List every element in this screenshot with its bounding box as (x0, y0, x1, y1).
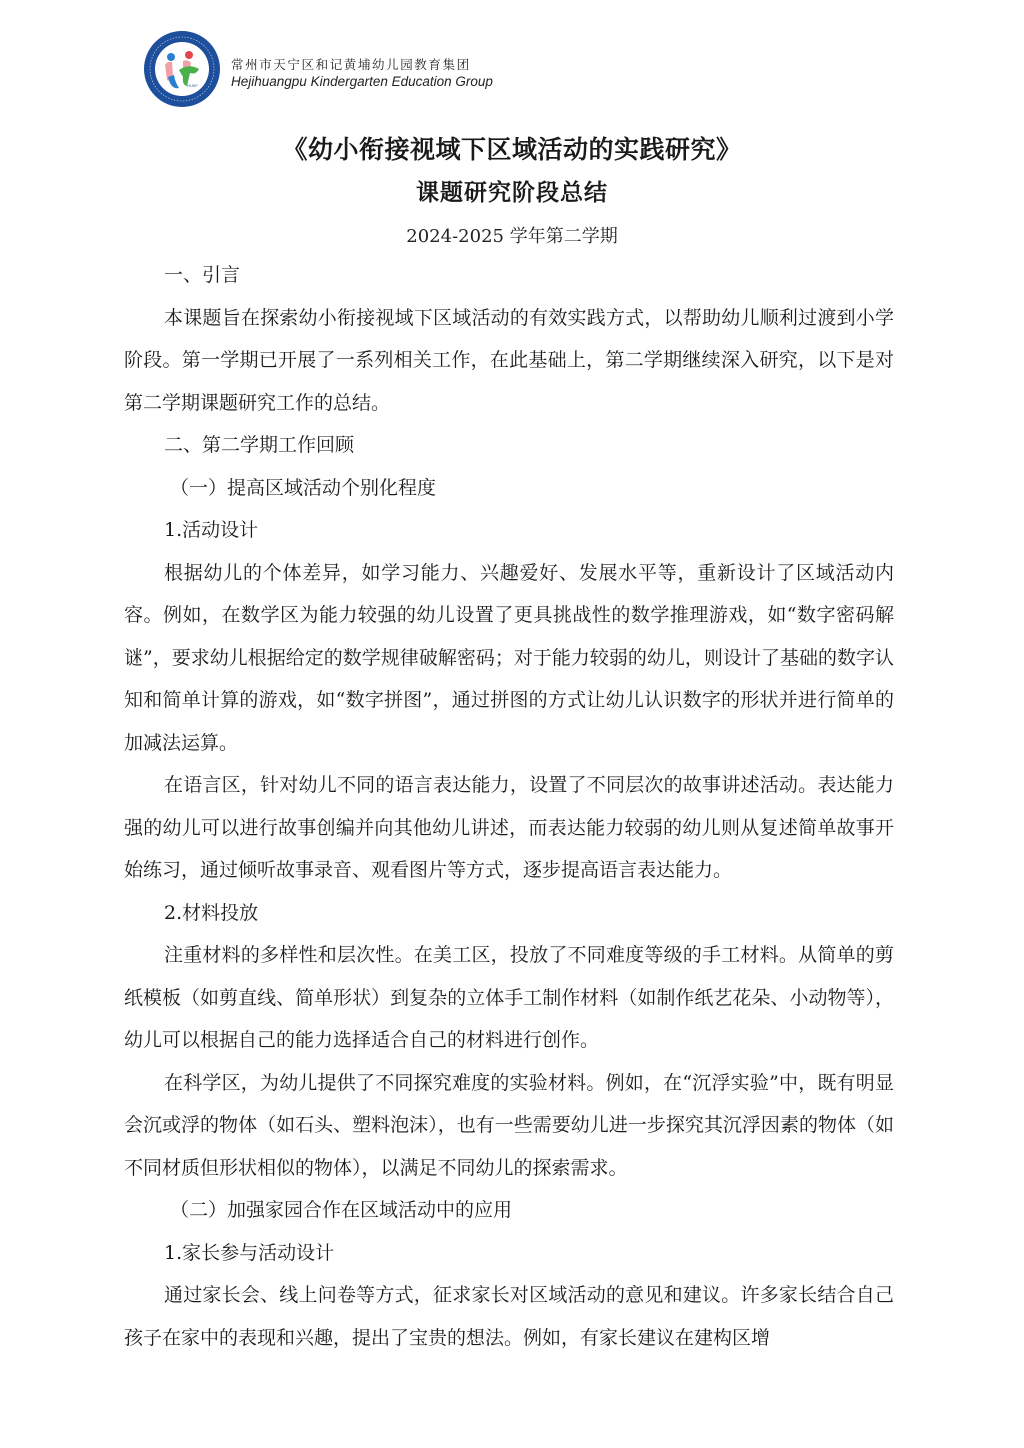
item-heading: 1.家长参与活动设计 (124, 1232, 894, 1275)
subsection-heading: （二）加强家园合作在区域活动中的应用 (124, 1189, 894, 1232)
document-header: HJJKP 常州市天宁区和记黄埔幼儿园教育集团 Hejihuangpu Kind… (143, 30, 493, 108)
org-name-cn: 常州市天宁区和记黄埔幼儿园教育集团 (231, 57, 493, 73)
item-heading: 1.活动设计 (124, 509, 894, 552)
document-subtitle: 课题研究阶段总结 (0, 174, 1024, 207)
paragraph: 本课题旨在探索幼小衔接视域下区域活动的有效实践方式，以帮助幼儿顺利过渡到小学阶段… (124, 297, 894, 425)
item-heading: 2.材料投放 (124, 892, 894, 935)
paragraph: 根据幼儿的个体差异，如学习能力、兴趣爱好、发展水平等，重新设计了区域活动内容。例… (124, 552, 894, 765)
term-label: 2024-2025 学年第二学期 (0, 222, 1024, 248)
section-heading: 一、引言 (124, 254, 894, 297)
subsection-heading: （一）提高区域活动个别化程度 (124, 467, 894, 510)
document-body: 一、引言 本课题旨在探索幼小衔接视域下区域活动的有效实践方式，以帮助幼儿顺利过渡… (124, 254, 894, 1359)
svg-text:HJJKP: HJJKP (187, 84, 198, 88)
kindergarten-logo-icon: HJJKP (143, 30, 221, 108)
paragraph: 通过家长会、线上问卷等方式，征求家长对区域活动的意见和建议。许多家长结合自己孩子… (124, 1274, 894, 1359)
document-title: 《幼小衔接视域下区域活动的实践研究》 (0, 130, 1024, 166)
section-heading: 二、第二学期工作回顾 (124, 424, 894, 467)
paragraph: 注重材料的多样性和层次性。在美工区，投放了不同难度等级的手工材料。从简单的剪纸模… (124, 934, 894, 1062)
org-name-en: Hejihuangpu Kindergarten Education Group (231, 73, 493, 90)
paragraph: 在语言区，针对幼儿不同的语言表达能力，设置了不同层次的故事讲述活动。表达能力强的… (124, 764, 894, 892)
paragraph: 在科学区，为幼儿提供了不同探究难度的实验材料。例如，在“沉浮实验”中，既有明显会… (124, 1062, 894, 1190)
